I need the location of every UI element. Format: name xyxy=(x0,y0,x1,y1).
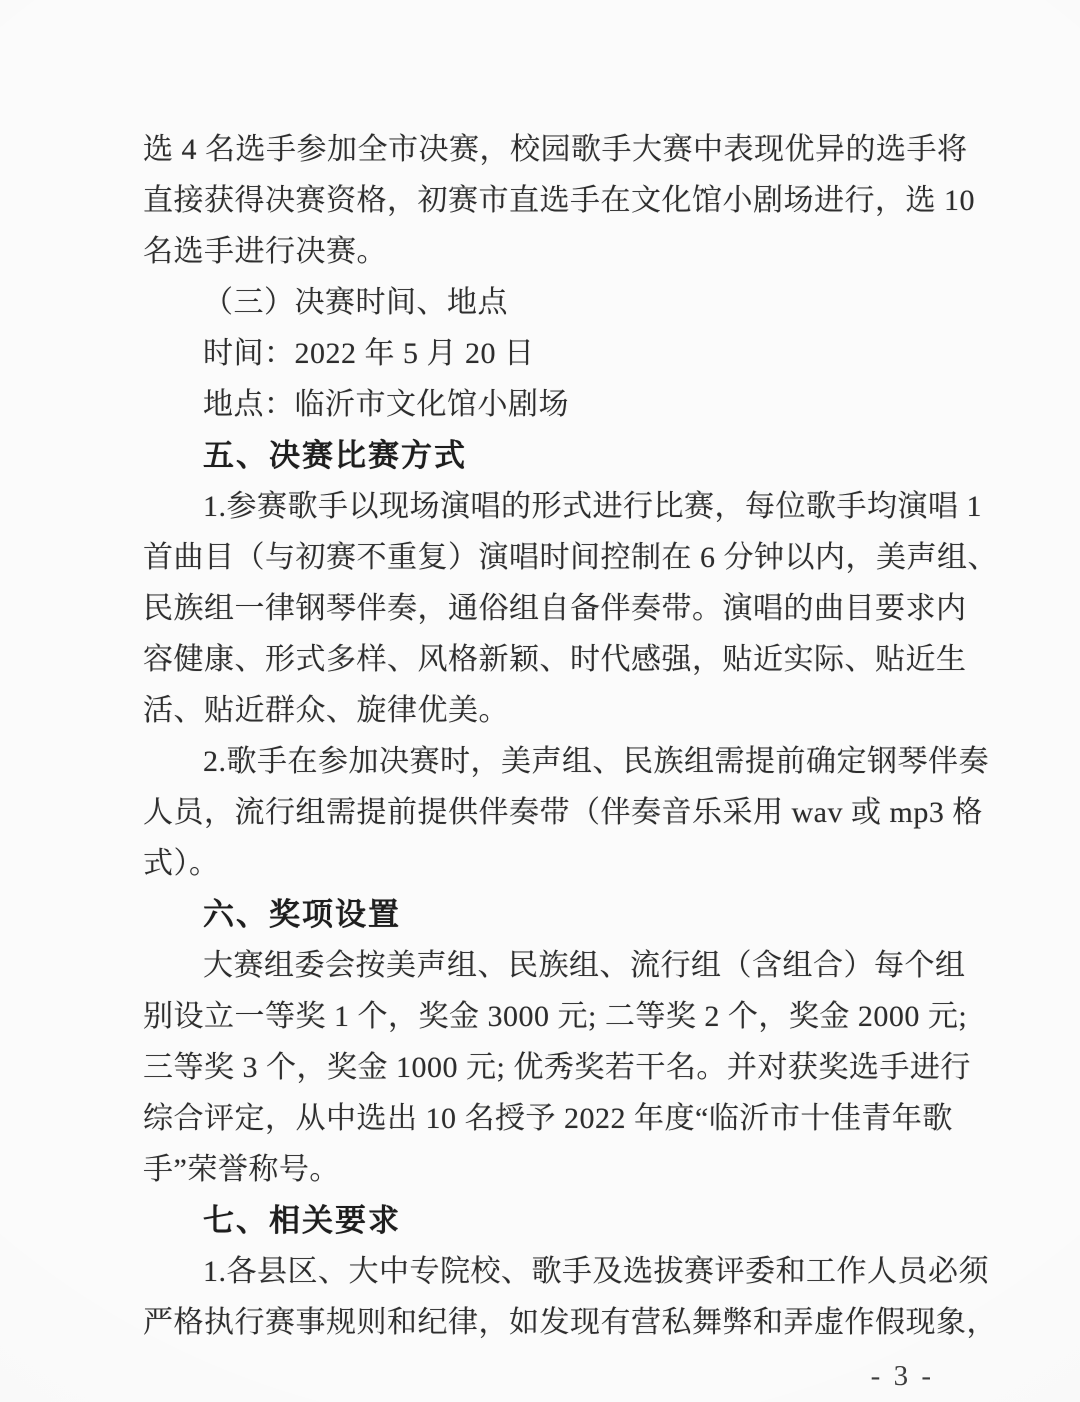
scanned-document-page: 选 4 名选手参加全市决赛，校园歌手大赛中表现优异的选手将 直接获得决赛资格，初… xyxy=(0,0,1080,1402)
text-line: 选 4 名选手参加全市决赛，校园歌手大赛中表现优异的选手将 xyxy=(143,124,955,175)
text-line: 式）。 xyxy=(143,838,955,889)
text-line: 活、贴近群众、旋律优美。 xyxy=(143,685,955,736)
text-line: 2.歌手在参加决赛时，美声组、民族组需提前确定钢琴伴奏 xyxy=(143,736,955,787)
text-line: 大赛组委会按美声组、民族组、流行组（含组合）每个组 xyxy=(143,940,955,991)
text-line: 民族组一律钢琴伴奏，通俗组自备伴奏带。演唱的曲目要求内 xyxy=(143,583,955,634)
text-line: 首曲目（与初赛不重复）演唱时间控制在 6 分钟以内，美声组、 xyxy=(143,532,955,583)
section-heading: 六、奖项设置 xyxy=(143,889,955,940)
page-number: - 3 - xyxy=(871,1360,934,1392)
text-line: 别设立一等奖 1 个，奖金 3000 元; 二等奖 2 个，奖金 2000 元; xyxy=(143,991,955,1042)
subsection-title: （三）决赛时间、地点 xyxy=(143,277,955,328)
page-footer: - 3 - xyxy=(871,1358,934,1394)
document-body: 选 4 名选手参加全市决赛，校园歌手大赛中表现优异的选手将 直接获得决赛资格，初… xyxy=(143,124,955,1348)
section-heading: 五、决赛比赛方式 xyxy=(143,430,955,481)
text-line: 1.参赛歌手以现场演唱的形式进行比赛，每位歌手均演唱 1 xyxy=(143,481,955,532)
text-line: 地点：临沂市文化馆小剧场 xyxy=(143,379,955,430)
text-line: 综合评定，从中选出 10 名授予 2022 年度“临沂市十佳青年歌 xyxy=(143,1093,955,1144)
text-line: 手”荣誉称号。 xyxy=(143,1144,955,1195)
text-line: 三等奖 3 个，奖金 1000 元; 优秀奖若干名。并对获奖选手进行 xyxy=(143,1042,955,1093)
text-line: 直接获得决赛资格，初赛市直选手在文化馆小剧场进行，选 10 xyxy=(143,175,955,226)
section-heading: 七、相关要求 xyxy=(143,1195,955,1246)
text-line: 1.各县区、大中专院校、歌手及选拔赛评委和工作人员必须 xyxy=(143,1246,955,1297)
text-line: 名选手进行决赛。 xyxy=(143,226,955,277)
text-line: 时间：2022 年 5 月 20 日 xyxy=(143,328,955,379)
text-line: 容健康、形式多样、风格新颖、时代感强，贴近实际、贴近生 xyxy=(143,634,955,685)
text-line: 人员，流行组需提前提供伴奏带（伴奏音乐采用 wav 或 mp3 格 xyxy=(143,787,955,838)
text-line: 严格执行赛事规则和纪律，如发现有营私舞弊和弄虚作假现象， xyxy=(143,1297,955,1348)
